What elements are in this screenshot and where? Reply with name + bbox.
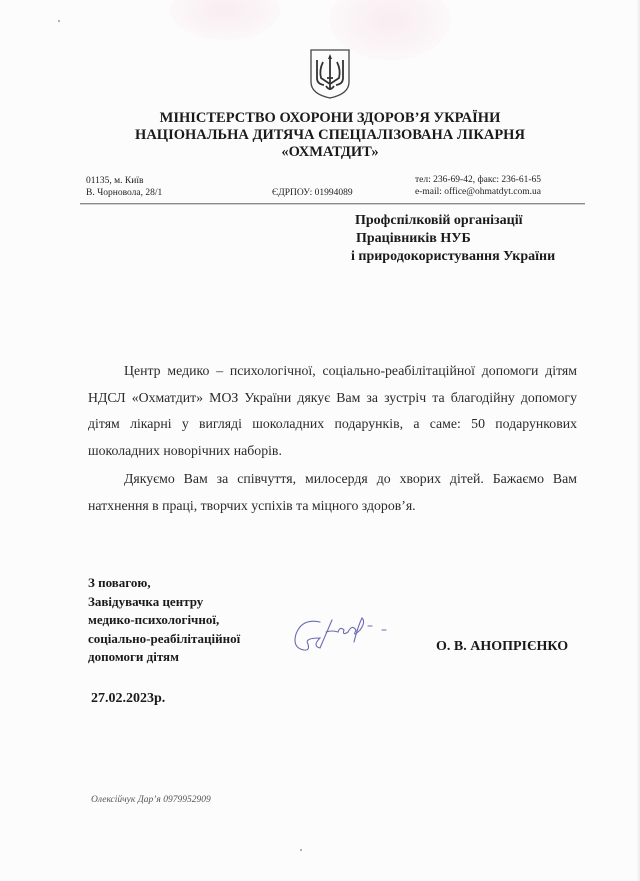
addressee-line: і природокористування України — [351, 247, 555, 266]
position-line: допомоги дітям — [88, 648, 240, 667]
closing-phrase: З повагою, — [88, 574, 240, 593]
position-line: Завідувачка центру — [88, 593, 240, 612]
executor-contact: Олексійчук Дар’я 0979952909 — [91, 795, 211, 805]
trident-coat-of-arms-icon — [309, 48, 351, 100]
hospital-title: НАЦІОНАЛЬНА ДИТЯЧА СПЕЦІАЛІЗОВАНА ЛІКАРН… — [10, 127, 640, 144]
header-divider — [80, 203, 585, 204]
email-address: e-mail: office@ohmatdyt.com.ua — [415, 186, 541, 198]
hospital-name: «ОХМАТДИТ» — [10, 144, 640, 161]
signatory-name: О. В. АНОПРІЄНКО — [436, 639, 568, 655]
position-line: медико-психологічної, — [88, 611, 240, 630]
scan-speck — [58, 20, 60, 22]
ministry-title: МІНІСТЕРСТВО ОХОРОНИ ЗДОРОВ’Я УКРАЇНИ — [10, 110, 640, 127]
body-paragraph: Центр медико – психологічної, соціально-… — [88, 358, 577, 464]
address-street: В. Чорновола, 28/1 — [86, 187, 162, 199]
handwritten-signature — [290, 608, 410, 658]
body-paragraph: Дякуємо Вам за співчуття, милосердя до х… — [88, 466, 577, 519]
letter-date: 27.02.2023р. — [91, 691, 165, 707]
addressee-line: Профспілковій організації — [355, 211, 523, 230]
addressee-line: Працівників НУБ — [356, 229, 471, 248]
scan-speck — [300, 849, 302, 851]
letter-page: МІНІСТЕРСТВО ОХОРОНИ ЗДОРОВ’Я УКРАЇНИ НА… — [0, 0, 640, 881]
scan-artifact — [170, 0, 280, 40]
phone-fax: тел: 236-69-42, факс: 236-61-65 — [415, 174, 541, 186]
edrpou-code: ЄДРПОУ: 01994089 — [272, 187, 353, 199]
position-line: соціально-реабілітаційної — [88, 630, 240, 649]
address-city: 01135, м. Київ — [86, 175, 143, 187]
signature-block: З повагою, Завідувачка центру медико-пси… — [88, 574, 240, 667]
